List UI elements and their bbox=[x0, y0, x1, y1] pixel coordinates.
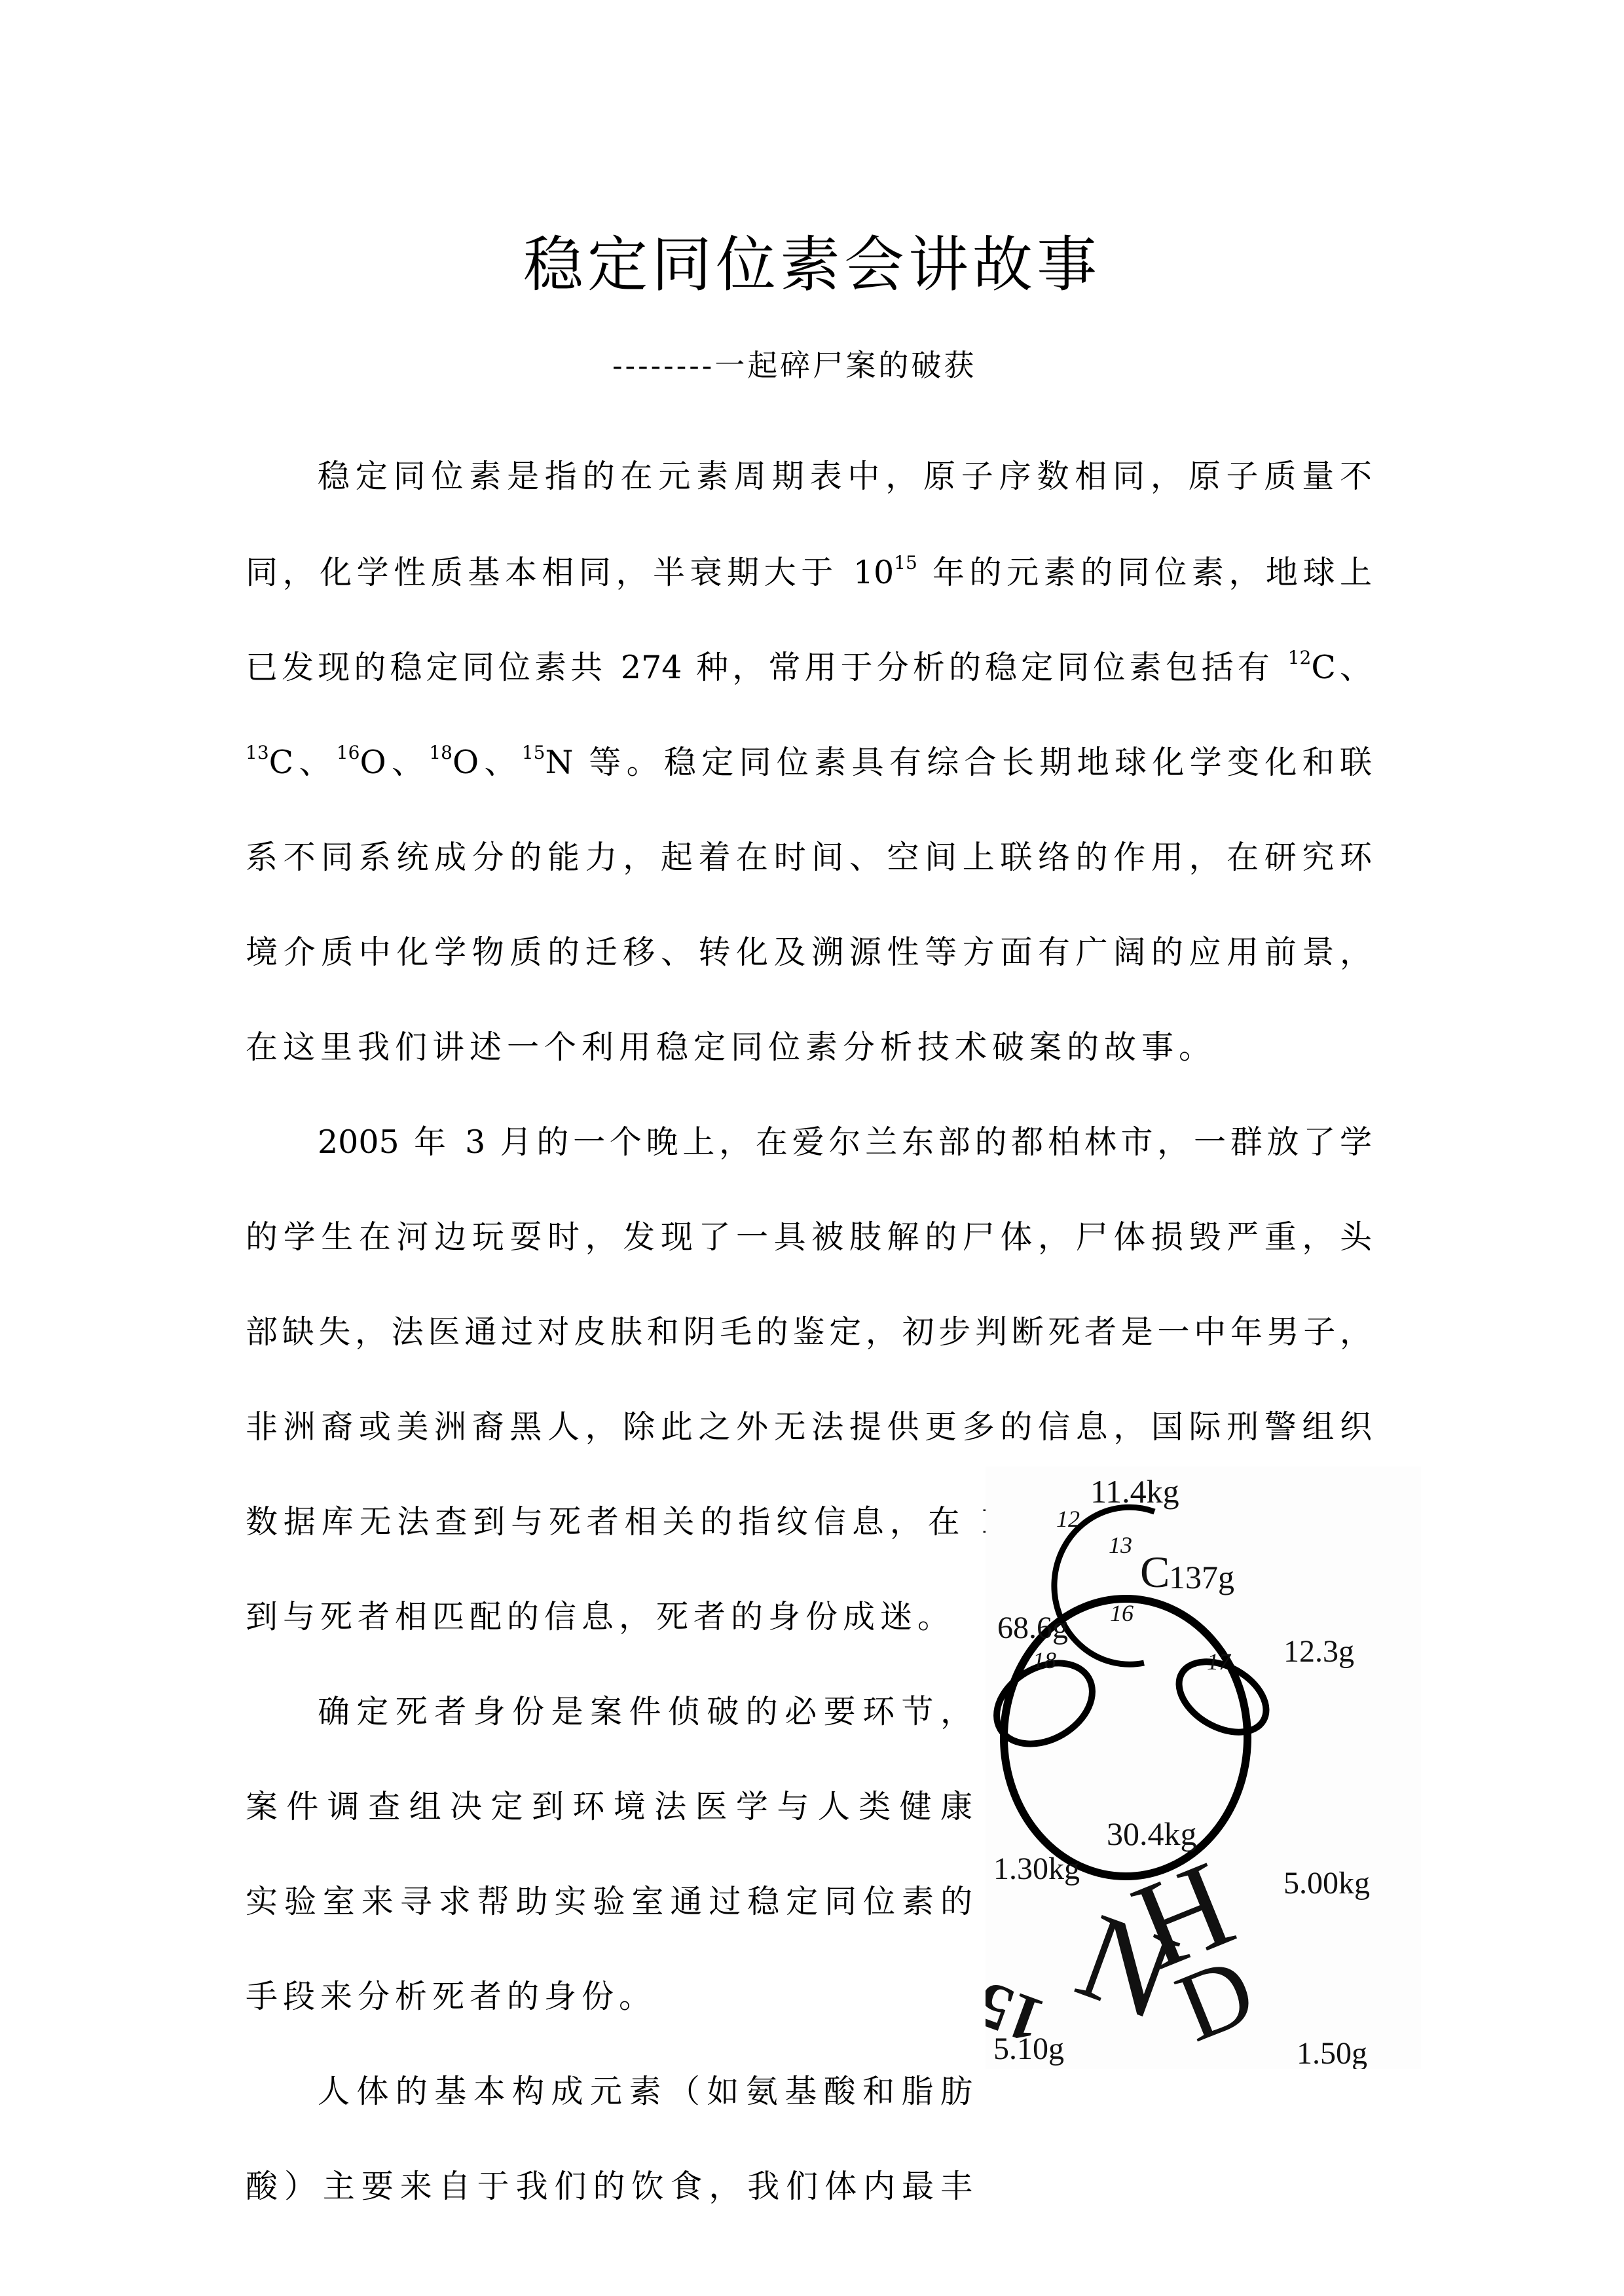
o17-isotope-label: 17 bbox=[1207, 1649, 1232, 1675]
n14-mass-label: 1.30kg bbox=[993, 1851, 1080, 1886]
text-line: 确定死者身份是案件侦破的必要环节， bbox=[246, 1689, 972, 1735]
h-mass-label: 5.00kg bbox=[1283, 1866, 1370, 1901]
text-line: 的学生在河边玩耍时，发现了一具被肢解的尸体，尸体损毁严重，头 bbox=[246, 1214, 1372, 1260]
text-line: 实验室来寻求帮助实验室通过稳定同位素的 bbox=[246, 1879, 972, 1925]
o18-isotope-label: 18 bbox=[1033, 1647, 1056, 1673]
c12-isotope-label: 12 bbox=[1056, 1506, 1080, 1532]
c13-isotope-label: 13 bbox=[1109, 1532, 1132, 1558]
isotope-human-figure: 11.4kg 12 13 C 137g 16 68.6g 18 17 12.3g… bbox=[986, 1467, 1421, 2069]
text-line: 部缺失，法医通过对皮肤和阴毛的鉴定，初步判断死者是一中年男子， bbox=[246, 1309, 1372, 1355]
text-line: 在这里我们讲述一个利用稳定同位素分析技术破案的故事。 bbox=[246, 1025, 1372, 1070]
text-line: 稳定同位素是指的在元素周期表中，原子序数相同，原子质量不 bbox=[246, 454, 1372, 500]
c13-element-label: C bbox=[1140, 1547, 1170, 1597]
text-line: 案件调查组决定到环境法医学与人类健康 bbox=[246, 1784, 972, 1830]
page-title: 稳定同位素会讲故事 bbox=[0, 226, 1624, 304]
text-line: 2005 年 3 月的一个晚上，在爱尔兰东部的都柏林市，一群放了学 bbox=[246, 1120, 1372, 1165]
o16-isotope-label: 16 bbox=[1110, 1600, 1134, 1626]
text-line: 人体的基本构成元素（如氨基酸和脂肪 bbox=[246, 2069, 972, 2115]
text-line: 境介质中化学物质的迁移、转化及溯源性等方面有广阔的应用前景， bbox=[246, 930, 1372, 975]
text-line: 系不同系统成分的能力，起着在时间、空间上联络的作用，在研究环 bbox=[246, 835, 1372, 881]
text-line: 非洲裔或美洲裔黑人，除此之外无法提供更多的信息，国际刑警组织 bbox=[246, 1404, 1372, 1450]
c13-mass-label: 137g bbox=[1169, 1559, 1234, 1595]
text-line: 到与死者相匹配的信息，死者的身份成迷。 bbox=[246, 1594, 972, 1640]
text-line: 酸）主要来自于我们的饮食，我们体内最丰 bbox=[246, 2164, 972, 2210]
c12-mass-label: 11.4kg bbox=[1090, 1473, 1179, 1510]
page-subtitle: --------一起碎尸案的破获 bbox=[612, 346, 976, 385]
isotope-figure-drawing: 11.4kg 12 13 C 137g 16 68.6g 18 17 12.3g… bbox=[986, 1467, 1421, 2069]
d-mass-label: 1.50g bbox=[1297, 2036, 1367, 2069]
text-line: 手段来分析死者的身份。 bbox=[246, 1974, 972, 2020]
o18-mass-label: 68.6g bbox=[997, 1611, 1068, 1645]
text-line: 已发现的稳定同位素共 274 种，常用于分析的稳定同位素包括有 12C、 bbox=[246, 645, 1372, 691]
text-line: 13C、16O、18O、15N 等。稳定同位素具有综合长期地球化学变化和联 bbox=[246, 740, 1372, 786]
text-line: 同，化学性质基本相同，半衰期大于 1015 年的元素的同位素，地球上 bbox=[246, 550, 1372, 596]
o17-mass-label: 12.3g bbox=[1283, 1634, 1354, 1669]
